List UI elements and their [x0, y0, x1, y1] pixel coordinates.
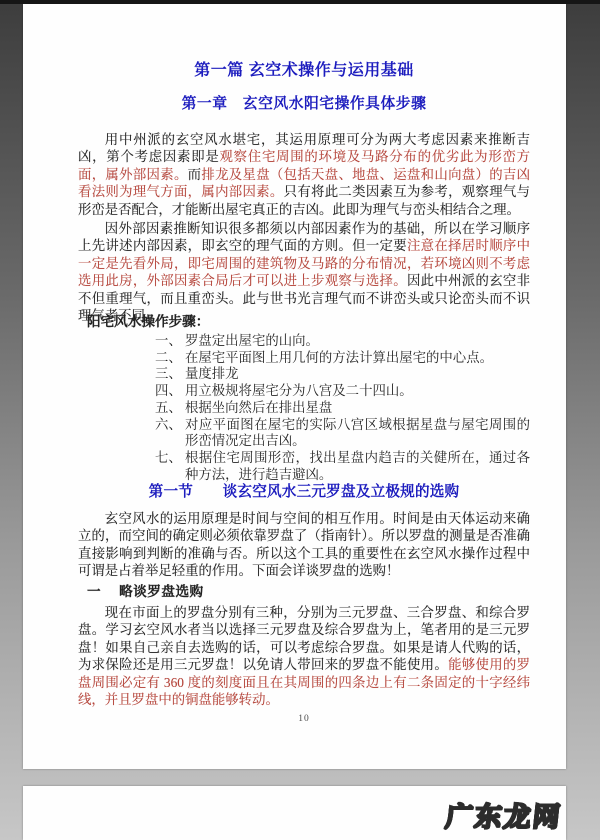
paragraph-intro: 用中州派的玄空风水堪宅，其运用原理可分为两大考虑因素来推断吉凶，第个考虑因素即是… [78, 131, 530, 218]
list-item-text: 根据坐向然后在排出星盘 [185, 400, 530, 417]
paragraph-compass-principle: 玄空风水的运用原理是时间与空间的相互作用。时间是由天体运动来确立的，而空间的确定… [78, 510, 530, 580]
list-item-text: 用立极规将屋宅分为八宫及二十四山。 [185, 383, 530, 400]
list-item-text: 在屋宅平面图上用几何的方法计算出屋宅的中心点。 [185, 350, 530, 367]
list-item: 三、 量度排龙 [155, 366, 530, 383]
page-content: 第一篇 玄空术操作与运用基础 第一章 玄空风水阳宅操作具体步骤 用中州派的玄空风… [78, 4, 530, 769]
section-title: 第一节 谈玄空风水三元罗盘及立极规的选购 [78, 484, 530, 501]
next-page-edge: 广东龙网 [23, 786, 566, 840]
list-item: 四、 用立极规将屋宅分为八宫及二十四山。 [155, 383, 530, 400]
list-item-text: 量度排龙 [185, 366, 530, 383]
list-item-text: 对应平面图在屋宅的实际八宫区域根据星盘与屋宅周围的形峦情况定出吉凶。 [185, 417, 530, 450]
list-item-text: 根据住宅周围形峦，找出星盘内趋吉的关健所在，通过各种方法，进行趋吉避凶。 [185, 450, 530, 483]
steps-list: 一、 罗盘定出屋宅的山向。 二、 在屋宅平面图上用几何的方法计算出屋宅的中心点。… [155, 333, 530, 483]
watermark: 广东龙网 [444, 795, 564, 834]
page-number: 10 [78, 711, 530, 728]
document-page: 第一篇 玄空术操作与运用基础 第一章 玄空风水阳宅操作具体步骤 用中州派的玄空风… [23, 4, 566, 769]
list-item: 七、 根据住宅周围形峦，找出星盘内趋吉的关健所在，通过各种方法，进行趋吉避凶。 [155, 450, 530, 483]
list-item: 一、 罗盘定出屋宅的山向。 [155, 333, 530, 350]
paragraph-order: 因外部因素推断知识很多都须以内部因素作为的基础，所以在学习顺序上先讲述内部因素，… [78, 220, 530, 324]
paragraph-compass-types: 现在市面上的罗盘分别有三种，分别为三元罗盘、三合罗盘、和综合罗盘。学习玄空风水者… [78, 604, 530, 708]
list-item-number: 三、 [155, 366, 185, 383]
list-item-number: 二、 [155, 350, 185, 367]
paragraph-text: 而 [188, 167, 202, 182]
chapter-title: 第一章 玄空风水阳宅操作具体步骤 [78, 96, 530, 113]
list-item-number: 六、 [155, 417, 185, 434]
list-item: 五、 根据坐向然后在排出星盘 [155, 400, 530, 417]
list-item-number: 四、 [155, 383, 185, 400]
list-item-text: 罗盘定出屋宅的山向。 [185, 333, 530, 350]
list-item-number: 七、 [155, 450, 185, 467]
scan-top-bar [0, 0, 600, 4]
list-item-number: 五、 [155, 400, 185, 417]
list-item-number: 一、 [155, 333, 185, 350]
list-item: 二、 在屋宅平面图上用几何的方法计算出屋宅的中心点。 [155, 350, 530, 367]
sub-heading-compass-buying: 一 略谈罗盘选购 [87, 583, 204, 600]
part-title: 第一篇 玄空术操作与运用基础 [78, 62, 530, 79]
list-item: 六、 对应平面图在屋宅的实际八宫区域根据星盘与屋宅周围的形峦情况定出吉凶。 [155, 417, 530, 450]
steps-heading: 阳宅风水操作步骤： [87, 313, 209, 330]
